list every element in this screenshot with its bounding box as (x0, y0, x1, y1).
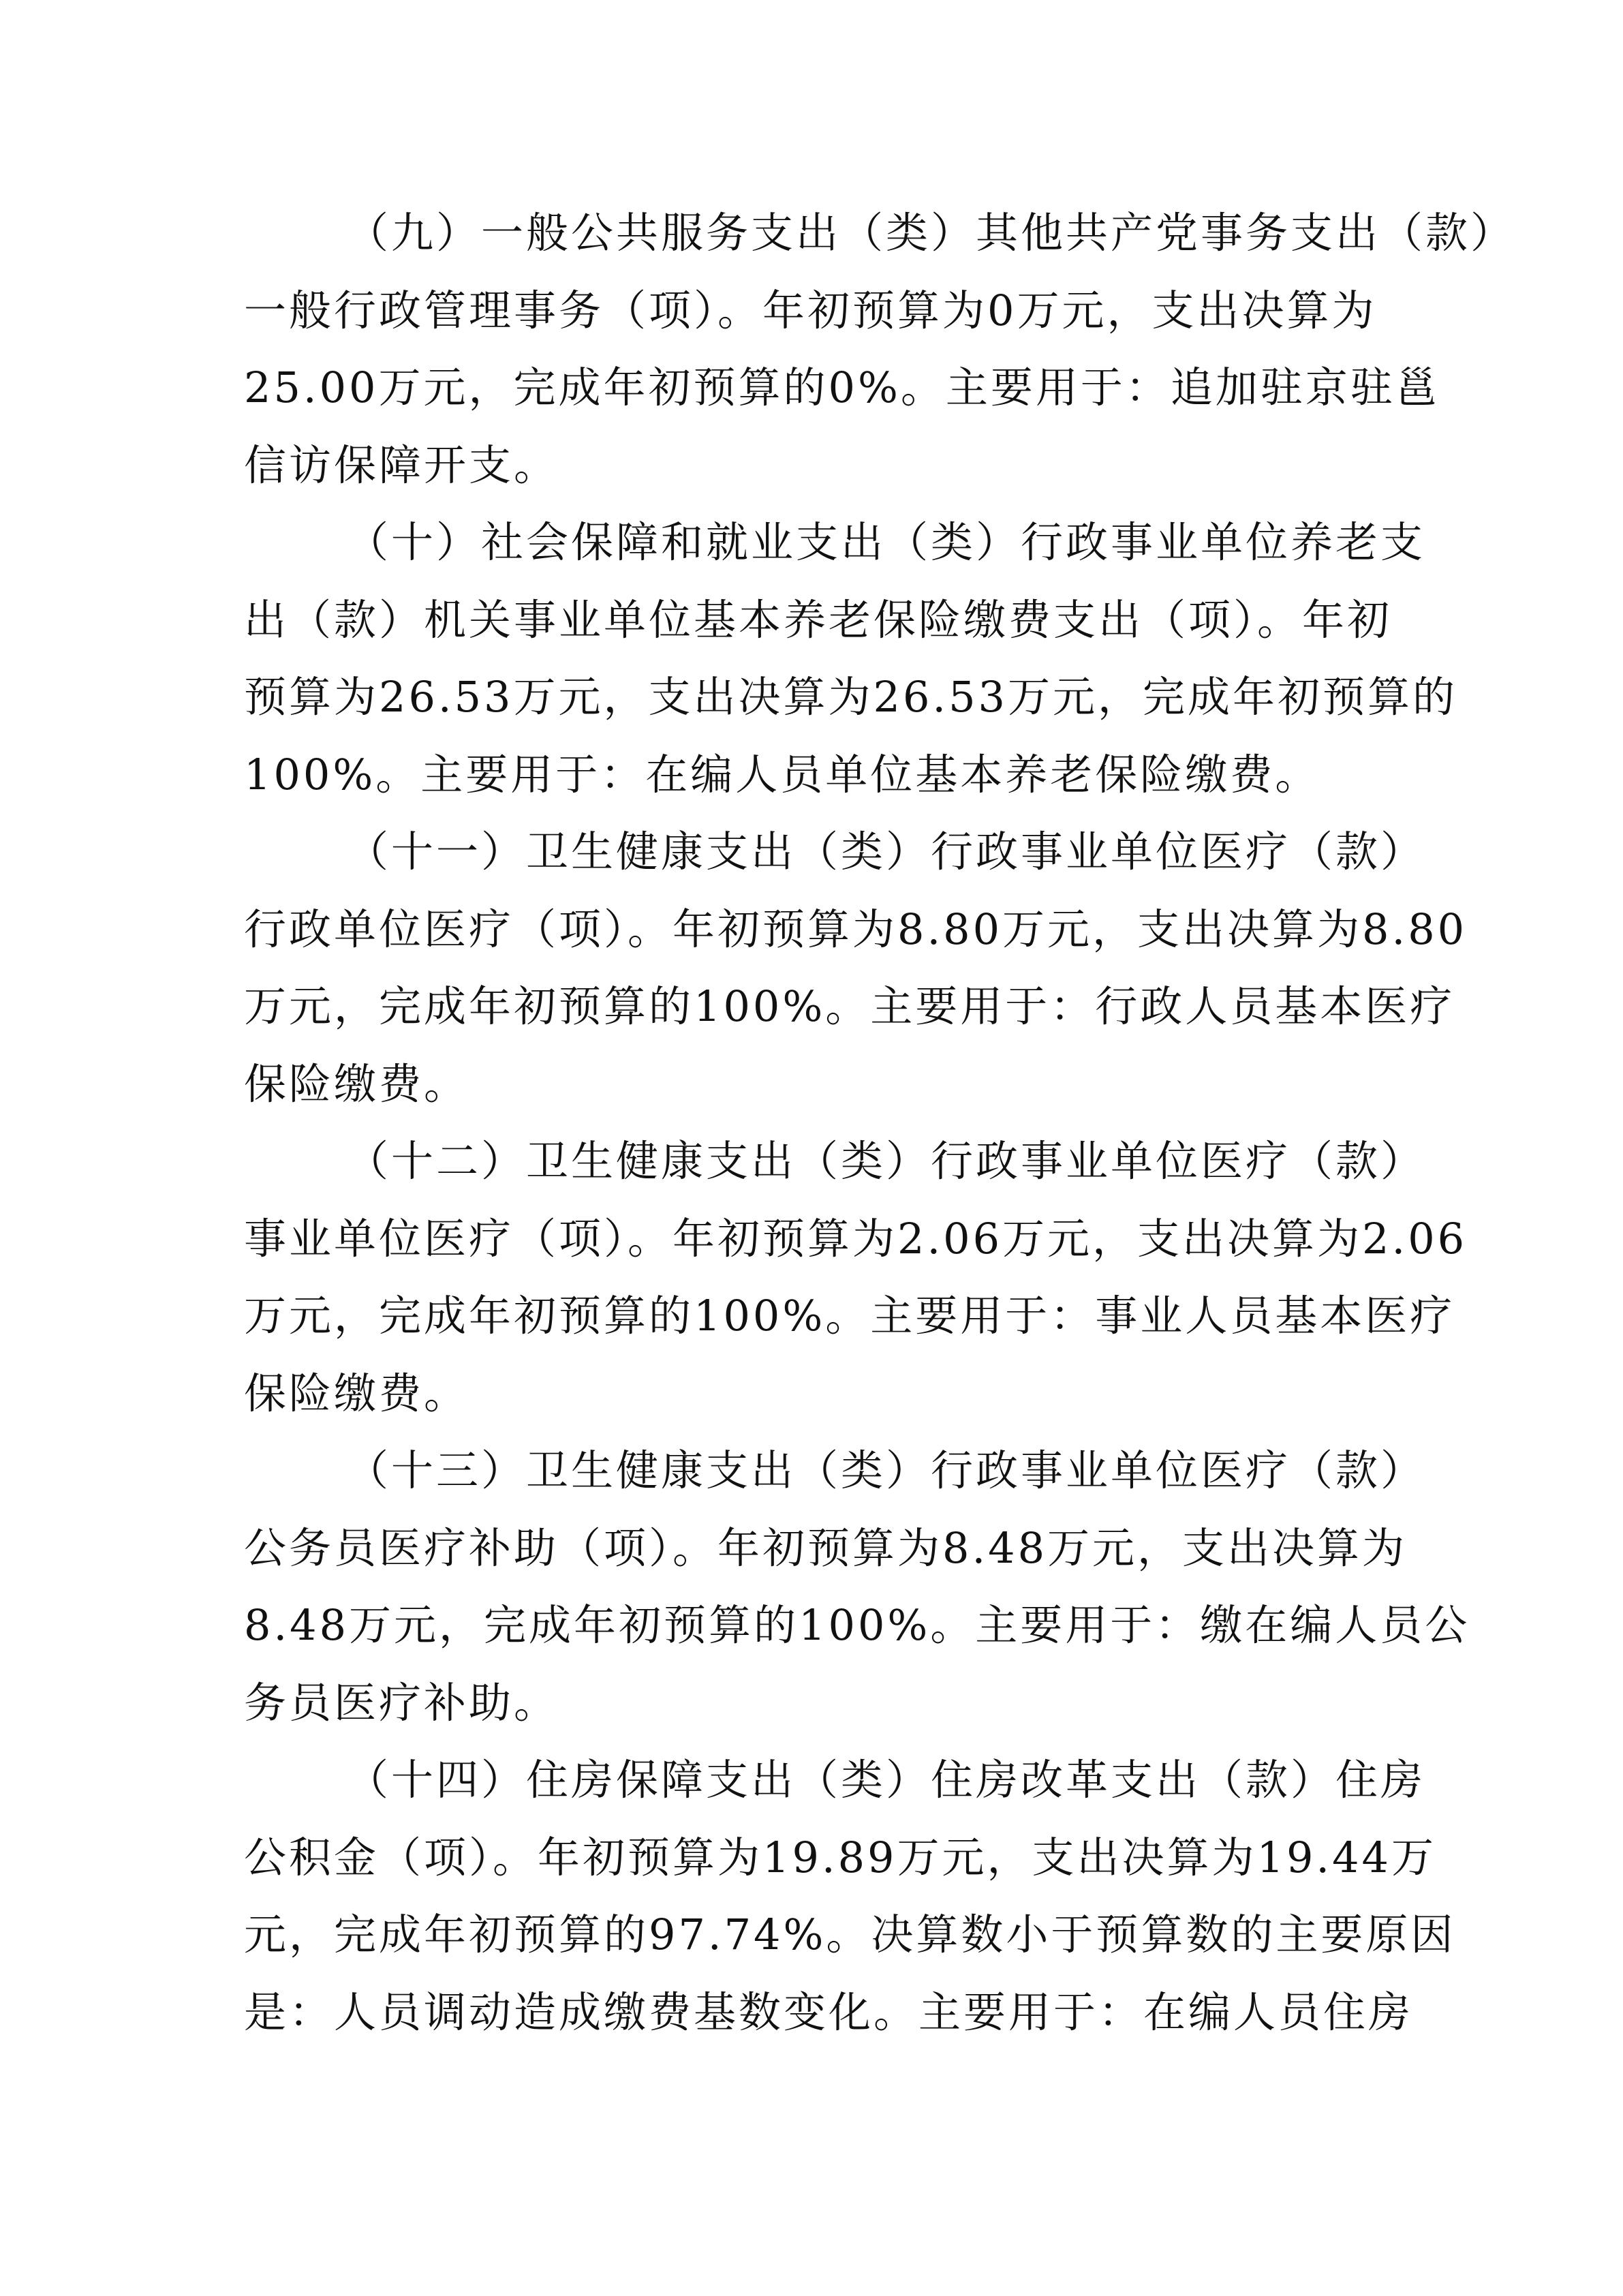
text-line: 万元，完成年初预算的100%。主要用于：事业人员基本医疗 (244, 1277, 1375, 1355)
paragraph-10: （十）社会保障和就业支出（类）行政事业单位养老支 出（款）机关事业单位基本养老保… (244, 504, 1375, 813)
text-line: 公积金（项）。年初预算为19.89万元，支出决算为19.44万 (244, 1819, 1375, 1897)
text-line: （十一）卫生健康支出（类）行政事业单位医疗（款） (244, 813, 1375, 891)
text-line: 是：人员调动造成缴费基数变化。主要用于：在编人员住房 (244, 1974, 1375, 2051)
text-line: 保险缴费。 (244, 1355, 1375, 1433)
text-line: （十三）卫生健康支出（类）行政事业单位医疗（款） (244, 1432, 1375, 1510)
text-line: （十）社会保障和就业支出（类）行政事业单位养老支 (244, 504, 1375, 581)
text-line: 务员医疗补助。 (244, 1664, 1375, 1742)
text-line: 元，完成年初预算的97.74%。决算数小于预算数的主要原因 (244, 1896, 1375, 1974)
paragraph-12: （十二）卫生健康支出（类）行政事业单位医疗（款） 事业单位医疗（项）。年初预算为… (244, 1122, 1375, 1432)
paragraph-11: （十一）卫生健康支出（类）行政事业单位医疗（款） 行政单位医疗（项）。年初预算为… (244, 813, 1375, 1122)
document-page: （九）一般公共服务支出（类）其他共产党事务支出（款） 一般行政管理事务（项）。年… (244, 194, 1375, 2051)
text-line: 行政单位医疗（项）。年初预算为8.80万元，支出决算为8.80 (244, 891, 1375, 968)
text-line: 一般行政管理事务（项）。年初预算为0万元，支出决算为 (244, 272, 1375, 350)
text-line: 公务员医疗补助（项）。年初预算为8.48万元，支出决算为 (244, 1510, 1375, 1587)
text-line: （十二）卫生健康支出（类）行政事业单位医疗（款） (244, 1122, 1375, 1200)
paragraph-13: （十三）卫生健康支出（类）行政事业单位医疗（款） 公务员医疗补助（项）。年初预算… (244, 1432, 1375, 1741)
text-line: 100%。主要用于：在编人员单位基本养老保险缴费。 (244, 736, 1375, 814)
paragraph-14: （十四）住房保障支出（类）住房改革支出（款）住房 公积金（项）。年初预算为19.… (244, 1741, 1375, 2051)
text-line: 8.48万元，完成年初预算的100%。主要用于：缴在编人员公 (244, 1587, 1375, 1664)
text-line: （九）一般公共服务支出（类）其他共产党事务支出（款） (244, 194, 1375, 272)
text-line: 事业单位医疗（项）。年初预算为2.06万元，支出决算为2.06 (244, 1200, 1375, 1278)
text-line: 保险缴费。 (244, 1045, 1375, 1123)
paragraph-9: （九）一般公共服务支出（类）其他共产党事务支出（款） 一般行政管理事务（项）。年… (244, 194, 1375, 504)
text-line: 万元，完成年初预算的100%。主要用于：行政人员基本医疗 (244, 968, 1375, 1045)
text-line: 25.00万元，完成年初预算的0%。主要用于：追加驻京驻邕 (244, 349, 1375, 427)
text-line: （十四）住房保障支出（类）住房改革支出（款）住房 (244, 1741, 1375, 1819)
text-line: 信访保障开支。 (244, 427, 1375, 504)
text-line: 预算为26.53万元，支出决算为26.53万元，完成年初预算的 (244, 658, 1375, 736)
text-line: 出（款）机关事业单位基本养老保险缴费支出（项）。年初 (244, 581, 1375, 659)
